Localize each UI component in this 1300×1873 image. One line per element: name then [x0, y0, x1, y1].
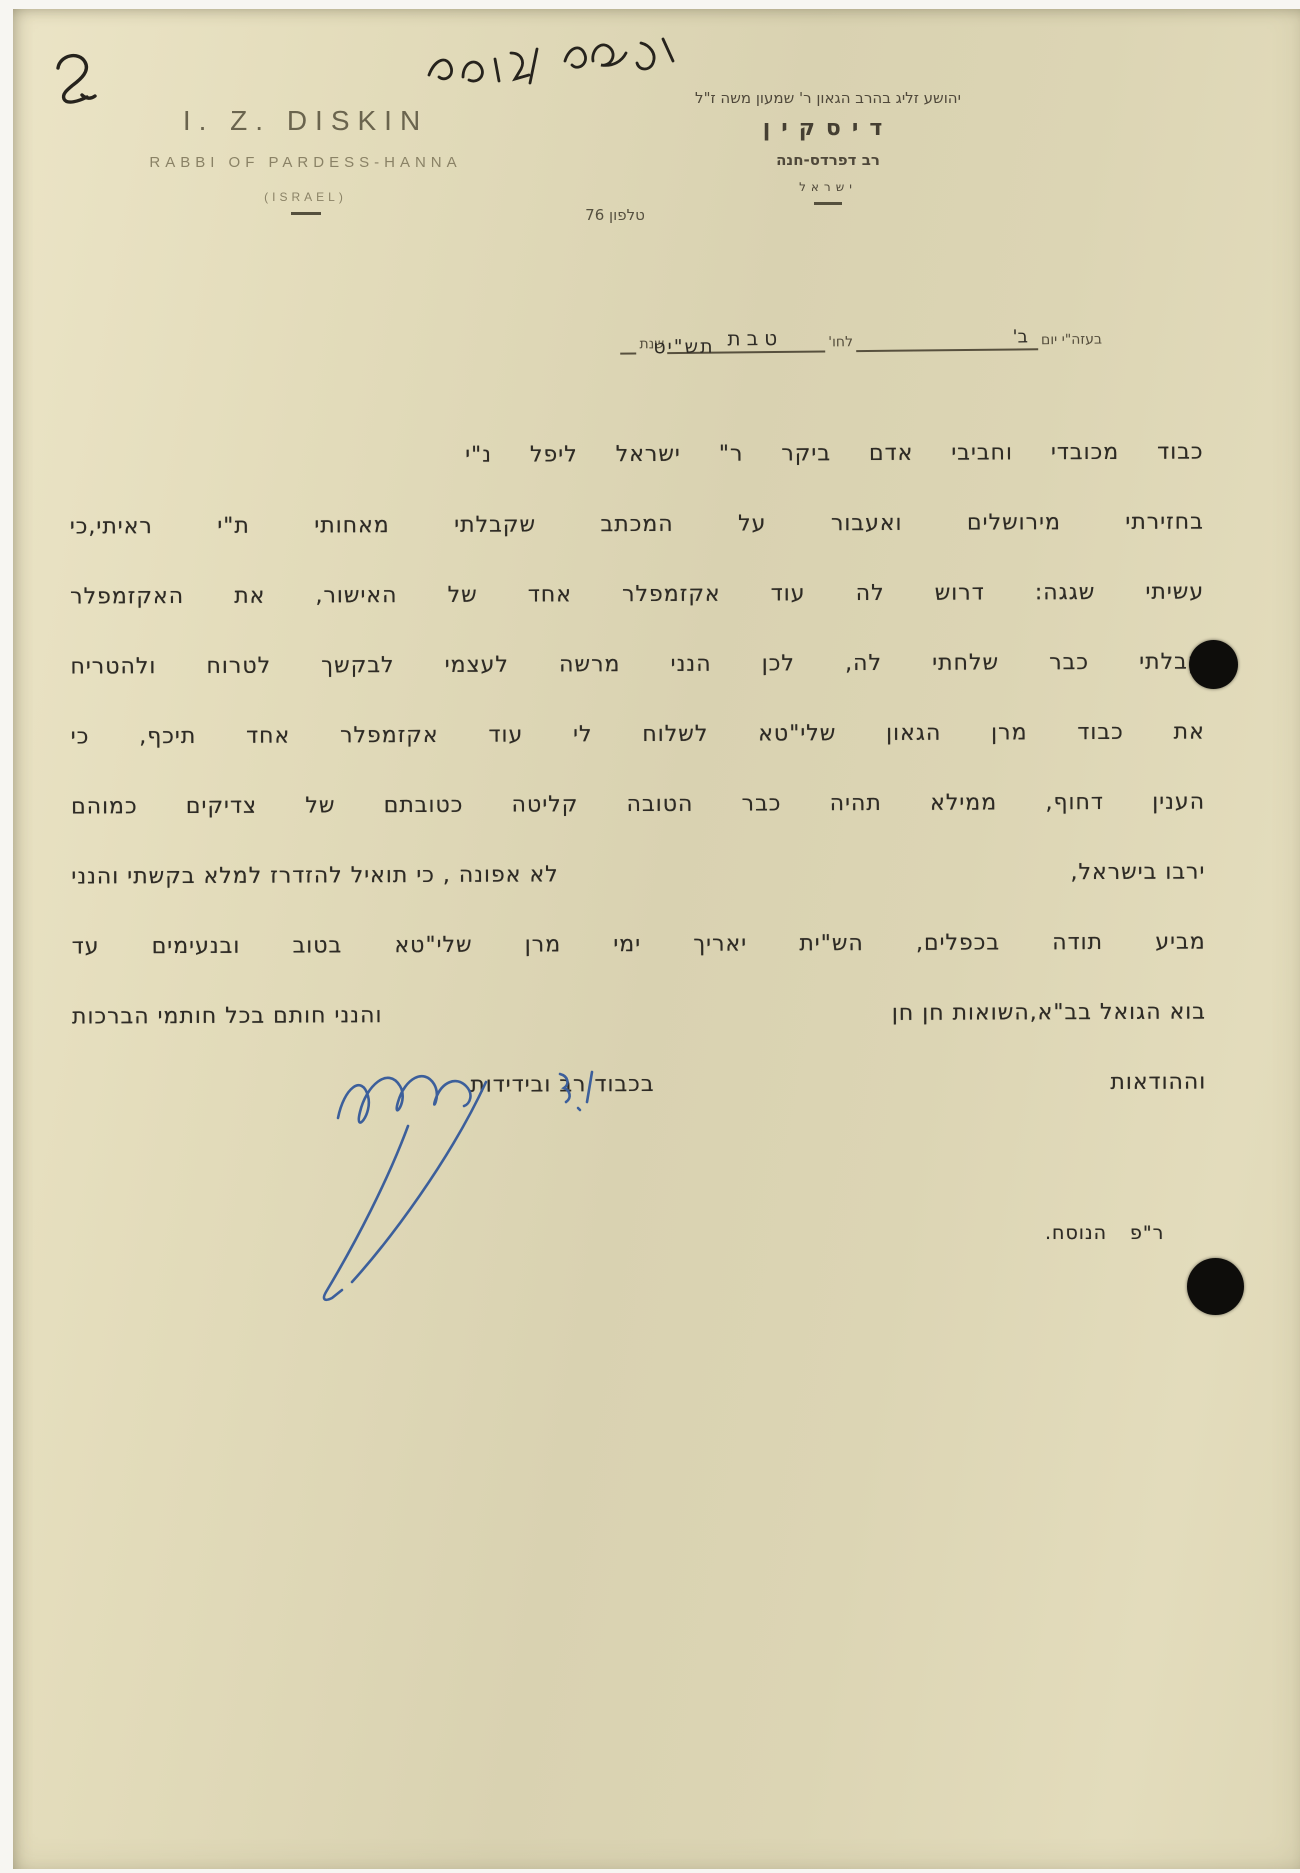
- letter-line-segment: בוא הגואל בב"א,השואות חן חן: [892, 999, 1206, 1070]
- footer-note: ר"פ הנוסח.: [1045, 1222, 1164, 1244]
- letter-line-segment: לא אפונה , כי תואיל להזדרז למלא בקשתי וה…: [71, 861, 559, 933]
- letterhead-title-en: RABBI OF PARDESS-HANNA: [118, 154, 493, 171]
- divider-dash: [291, 212, 321, 215]
- letter-line: קבלתי כבר שלחתי לה, לכן הנני מרשה לעצמי …: [70, 649, 1204, 724]
- letterhead-country-he: ישראל: [628, 180, 1028, 194]
- date-prefix: בעזה"י יום: [1038, 332, 1105, 351]
- letterhead-lineage-he: יהושע זליג בהרב הגאון ר' שמעון משה ז"ל: [628, 89, 1028, 107]
- letter-line-segment: ירבו בישראל,: [1070, 859, 1205, 930]
- letterhead-name-he: דיסקין: [628, 116, 1028, 141]
- letterhead-country-en: (ISRAEL): [118, 190, 493, 204]
- hole-punch: [1187, 1258, 1244, 1315]
- divider-dash: [814, 202, 842, 205]
- hole-punch: [1189, 640, 1238, 689]
- date-year-value: תש"יט: [653, 336, 714, 359]
- date-month-label: לחו': [825, 334, 856, 352]
- letterhead-title-he: רב דפרדס-חנה: [628, 151, 1028, 169]
- handwritten-corner-mark: [40, 40, 110, 110]
- date-day-blank: ב': [856, 318, 1038, 352]
- letter-line: את כבוד מרן הגאון שלי"טא לשלוח לי עוד אק…: [71, 719, 1205, 794]
- signature-ink: [260, 1030, 660, 1330]
- letterhead-name-en: I. Z. DISKIN: [118, 105, 493, 137]
- date-year-blank: תש"יט: [620, 322, 636, 354]
- letter-line: ירבו בישראל, לא אפונה , כי תואיל להזדרז …: [71, 859, 1205, 934]
- letter-line: עשיתי שגגה: דרוש לה עוד אקזמפלר אחד של ה…: [70, 579, 1204, 654]
- letter-line: מביע תודה בכפלים, הש"ית יאריך ימי מרן של…: [72, 929, 1206, 1004]
- letterhead-phone: טלפון 76: [565, 206, 665, 224]
- letter-line: בחזירתי מירושלים ואעבור על המכתב שקבלתי …: [70, 509, 1204, 584]
- letter-salutation: כבוד מכובדי וחביבי אדם ביקר ר" ישראל ליפ…: [69, 439, 1203, 514]
- letterhead-english: I. Z. DISKIN RABBI OF PARDESS-HANNA (ISR…: [118, 105, 493, 215]
- letter-line: הענין דחוף, ממילא תהיה כבר הטובה קליטה כ…: [71, 789, 1205, 864]
- scanned-letter-page: I. Z. DISKIN RABBI OF PARDESS-HANNA (ISR…: [13, 9, 1300, 1869]
- date-day-value: ב': [1012, 326, 1028, 347]
- date-month-value: טבת: [727, 326, 783, 351]
- letterhead-hebrew: יהושע זליג בהרב הגאון ר' שמעון משה ז"ל ד…: [628, 89, 1028, 205]
- date-line: בעזה"י יום ב' לחו' טבת שנת תש"יט: [443, 308, 1105, 357]
- letter-line-segment: וההודאות: [1110, 1069, 1206, 1139]
